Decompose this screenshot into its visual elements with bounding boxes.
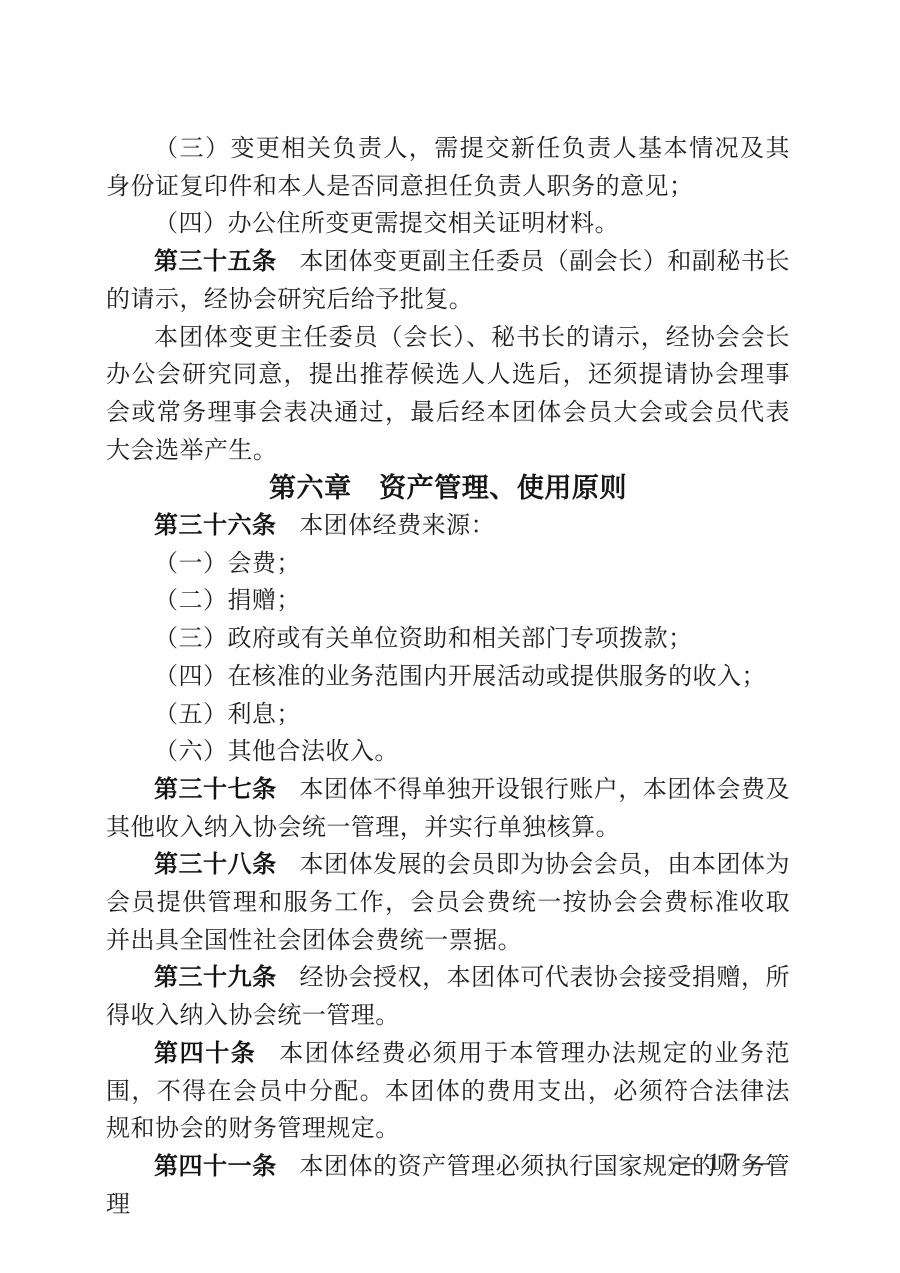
article-paragraph: 第三十九条经协会授权，本团体可代表协会接受捐赠，所得收入纳入协会统一管理。 (106, 960, 790, 1035)
article-paragraph: 第三十八条本团体发展的会员即为协会会员，由本团体为会员提供管理和服务工作，会员会… (106, 847, 790, 960)
paragraph: （四）办公住所变更需提交相关证明材料。 (106, 206, 790, 244)
article-number: 第三十五条 (154, 249, 277, 275)
list-item-paragraph: （二）捐赠； (106, 583, 790, 621)
article-text: 本团体经费来源： (299, 513, 495, 539)
paragraph: 本团体变更主任委员（会长）、秘书长的请示，经协会会长办公会研究同意，提出推荐候选… (106, 320, 790, 471)
article-number: 第三十六条 (154, 513, 276, 539)
article-number: 第三十七条 (154, 777, 277, 803)
page-number: — 17 — (673, 1149, 773, 1177)
article-paragraph: 第四十条本团体经费必须用于本管理办法规定的业务范围，不得在会员中分配。本团体的费… (106, 1036, 790, 1149)
article-number: 第三十八条 (154, 852, 277, 878)
article-number: 第四十一条 (154, 1154, 277, 1180)
paragraph: （三）变更相关负责人，需提交新任负责人基本情况及其身份证复印件和本人是否同意担任… (106, 131, 790, 206)
page-content: （三）变更相关负责人，需提交新任负责人基本情况及其身份证复印件和本人是否同意担任… (106, 131, 790, 1224)
list-item-paragraph: （五）利息； (106, 697, 790, 735)
article-paragraph: 第三十七条本团体不得单独开设银行账户，本团体会费及其他收入纳入协会统一管理，并实… (106, 772, 790, 847)
list-item-paragraph: （六）其他合法收入。 (106, 734, 790, 772)
chapter-heading: 第六章 资产管理、使用原则 (106, 470, 790, 508)
document-page: （三）变更相关负责人，需提交新任负责人基本情况及其身份证复印件和本人是否同意担任… (0, 0, 900, 1273)
article-number: 第四十条 (154, 1041, 256, 1067)
list-item-paragraph: （四）在核准的业务范围内开展活动或提供服务的收入； (106, 659, 790, 697)
article-paragraph: 第三十六条本团体经费来源： (106, 508, 790, 546)
article-number: 第三十九条 (154, 965, 277, 991)
list-item-paragraph: （三）政府或有关单位资助和相关部门专项拨款； (106, 621, 790, 659)
article-paragraph: 第三十五条本团体变更副主任委员（副会长）和副秘书长的请示，经协会研究后给予批复。 (106, 244, 790, 319)
list-item-paragraph: （一）会费； (106, 546, 790, 584)
